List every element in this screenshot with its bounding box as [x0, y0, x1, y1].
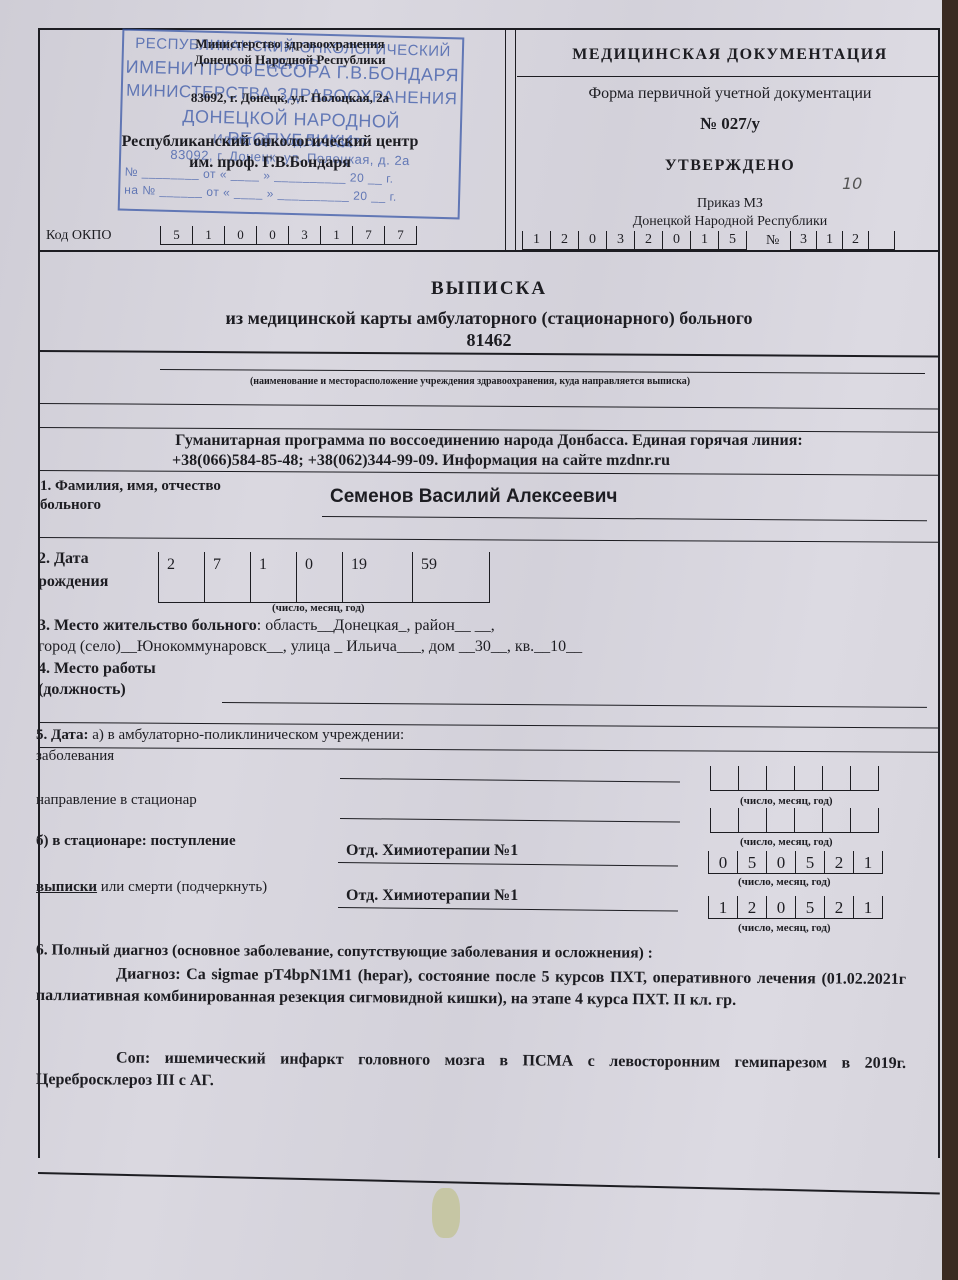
digit-cell [850, 766, 879, 790]
okpo-code: 51003177 [160, 226, 417, 245]
discharge-or-death-label: или смерти (подчеркнуть) [97, 879, 267, 895]
residence-address[interactable]: город (село)__Юнокоммунаровск__, улица _… [38, 638, 582, 656]
digit-cell: 0 [766, 851, 795, 873]
digit-cell: 5 [795, 896, 824, 918]
dob-cell: 19 [342, 552, 412, 602]
dob-label-2: рождения [38, 573, 108, 591]
diagnosis-comorbid: Соп: ишемический инфаркт головного мозга… [36, 1047, 906, 1097]
digit-cell [822, 808, 850, 832]
digit-cell: 3 [606, 231, 634, 249]
digit-cell: 2 [550, 231, 578, 249]
digit-cell: 0 [708, 851, 737, 873]
form-number: № 027/у [520, 114, 940, 134]
divider [38, 250, 940, 252]
residence-region[interactable]: : область__Донецкая_, район__ __, [257, 617, 495, 634]
date-caption: (число, месяц, год) [738, 922, 831, 934]
digit-cell: 5 [795, 851, 824, 873]
digit-cell [738, 766, 766, 790]
dob-cell: 1 [250, 552, 296, 602]
digit-cell: 5 [737, 851, 766, 873]
diagnosis-main: Диагноз: Ca sigmae pT4bpN1M1 (hepar), со… [36, 963, 906, 1013]
digit-cell: 5 [160, 226, 192, 244]
digit-cell [710, 766, 738, 790]
document-subtitle: из медицинской карты амбулаторного (стац… [38, 308, 940, 329]
institution-name: Республиканский онкологический центр [80, 133, 460, 151]
digit-cell: 1 [708, 896, 737, 918]
work-label: 4. Место работы [38, 660, 156, 678]
name-label-2: больного [40, 497, 101, 514]
dob-cell: 59 [412, 552, 490, 602]
divider [517, 76, 940, 77]
digit-cell: 0 [578, 231, 606, 249]
digit-cell: 3 [288, 226, 320, 244]
tape-mark [432, 1188, 460, 1238]
ministry-region: Донецкой Народной Республики [110, 52, 470, 68]
date-caption: (число, месяц, год) [738, 876, 831, 888]
discharge-date[interactable]: 120521 [708, 896, 883, 919]
institution-name-2: им. проф. Г.В.Бондаря [80, 154, 460, 172]
order-number-label: № [766, 233, 779, 249]
digit-cell [766, 766, 794, 790]
digit-cell: 0 [766, 896, 795, 918]
digit-cell: 1 [853, 896, 883, 918]
diagnosis-label: 6. Полный диагноз (основное заболевание,… [36, 941, 653, 962]
dob-label: 2. Дата [38, 550, 89, 568]
digit-cell [822, 766, 850, 790]
digit-cell: 0 [256, 226, 288, 244]
dob-cell: 0 [296, 552, 342, 602]
referral-date[interactable] [710, 808, 879, 833]
digit-cell: 1 [690, 231, 718, 249]
institution-address: 83092, г. Донецк, ул. Полоцкая, 2а [110, 90, 470, 106]
name-label: 1. Фамилия, имя, отчество [40, 478, 221, 495]
digit-cell [850, 808, 879, 832]
digit-cell [794, 808, 822, 832]
digit-cell [868, 231, 895, 249]
ministry-name: Министерство здравоохранения [110, 36, 470, 52]
digit-cell: 1 [816, 231, 842, 249]
hotline-text: Гуманитарная программа по воссоединению … [38, 432, 940, 450]
digit-cell: 1 [522, 231, 550, 249]
digit-cell: 5 [718, 231, 747, 249]
card-number: 81462 [38, 330, 940, 351]
digit-cell: 0 [224, 226, 256, 244]
discharge-label: выписки [36, 879, 97, 895]
header-divider-2 [515, 30, 516, 250]
form-bottom-border [38, 1172, 940, 1194]
discharge-department[interactable]: Отд. Химиотерапии №1 [346, 887, 518, 905]
date-caption: (число, месяц, год) [740, 795, 833, 807]
digit-cell: 2 [737, 896, 766, 918]
order-label: Приказ МЗ [520, 196, 940, 212]
digit-cell: 2 [842, 231, 868, 249]
dates-label: 5. Дата: [36, 727, 88, 743]
approved-label: УТВЕРЖДЕНО [520, 157, 940, 175]
date-caption: (число, месяц, год) [272, 602, 365, 614]
date-caption: (число, месяц, год) [740, 836, 833, 848]
admission-department[interactable]: Отд. Химиотерапии №1 [346, 842, 518, 860]
medical-documentation-title: МЕДИЦИНСКАЯ ДОКУМЕНТАЦИЯ [520, 46, 940, 64]
handwritten-note: 10 [842, 174, 862, 193]
date-of-birth[interactable]: 27101959 [158, 552, 490, 603]
digit-cell: 2 [824, 896, 853, 918]
digit-cell: 1 [320, 226, 352, 244]
document-page: РЕСПУБЛИКАНСКИЙ ОНКОЛОГИЧЕСКИЙ ЦЕНТР ИМЕ… [0, 0, 942, 1280]
order-region: Донецкой Народной Республики [520, 214, 940, 230]
digit-cell: 7 [352, 226, 384, 244]
dates-outpatient-label: а) в амбулаторно-поликлиническом учрежде… [88, 727, 404, 743]
destination-caption: (наименование и месторасположение учрежд… [120, 376, 820, 387]
digit-cell: 1 [192, 226, 224, 244]
work-label-2: (должность) [38, 681, 126, 699]
order-date: 12032015 [522, 231, 747, 250]
form-label: Форма первичной учетной документации [520, 85, 940, 103]
order-number: 312 [790, 231, 895, 250]
patient-name[interactable]: Семенов Василий Алексеевич [330, 486, 617, 508]
residence-label: 3. Место жительство больного [38, 617, 257, 634]
digit-cell: 2 [634, 231, 662, 249]
illness-date[interactable] [710, 766, 879, 791]
digit-cell [766, 808, 794, 832]
admission-date[interactable]: 050521 [708, 851, 883, 874]
digit-cell: 3 [790, 231, 816, 249]
document-title: ВЫПИСКА [38, 278, 940, 300]
hotline-phones: +38(066)584-85-48; +38(062)344-99-09. Ин… [172, 452, 670, 470]
digit-cell [738, 808, 766, 832]
header-divider [505, 30, 506, 250]
digit-cell: 1 [853, 851, 883, 873]
digit-cell: 2 [824, 851, 853, 873]
digit-cell [794, 766, 822, 790]
dob-cell: 7 [204, 552, 250, 602]
dob-cell: 2 [158, 552, 204, 602]
referral-label: направление в стационар [36, 792, 197, 809]
admission-label: б) в стационаре: поступление [36, 833, 236, 850]
digit-cell [710, 808, 738, 832]
digit-cell: 0 [662, 231, 690, 249]
okpo-label: Код ОКПО [46, 228, 112, 244]
illness-label: заболевания [36, 748, 114, 765]
digit-cell: 7 [384, 226, 417, 244]
